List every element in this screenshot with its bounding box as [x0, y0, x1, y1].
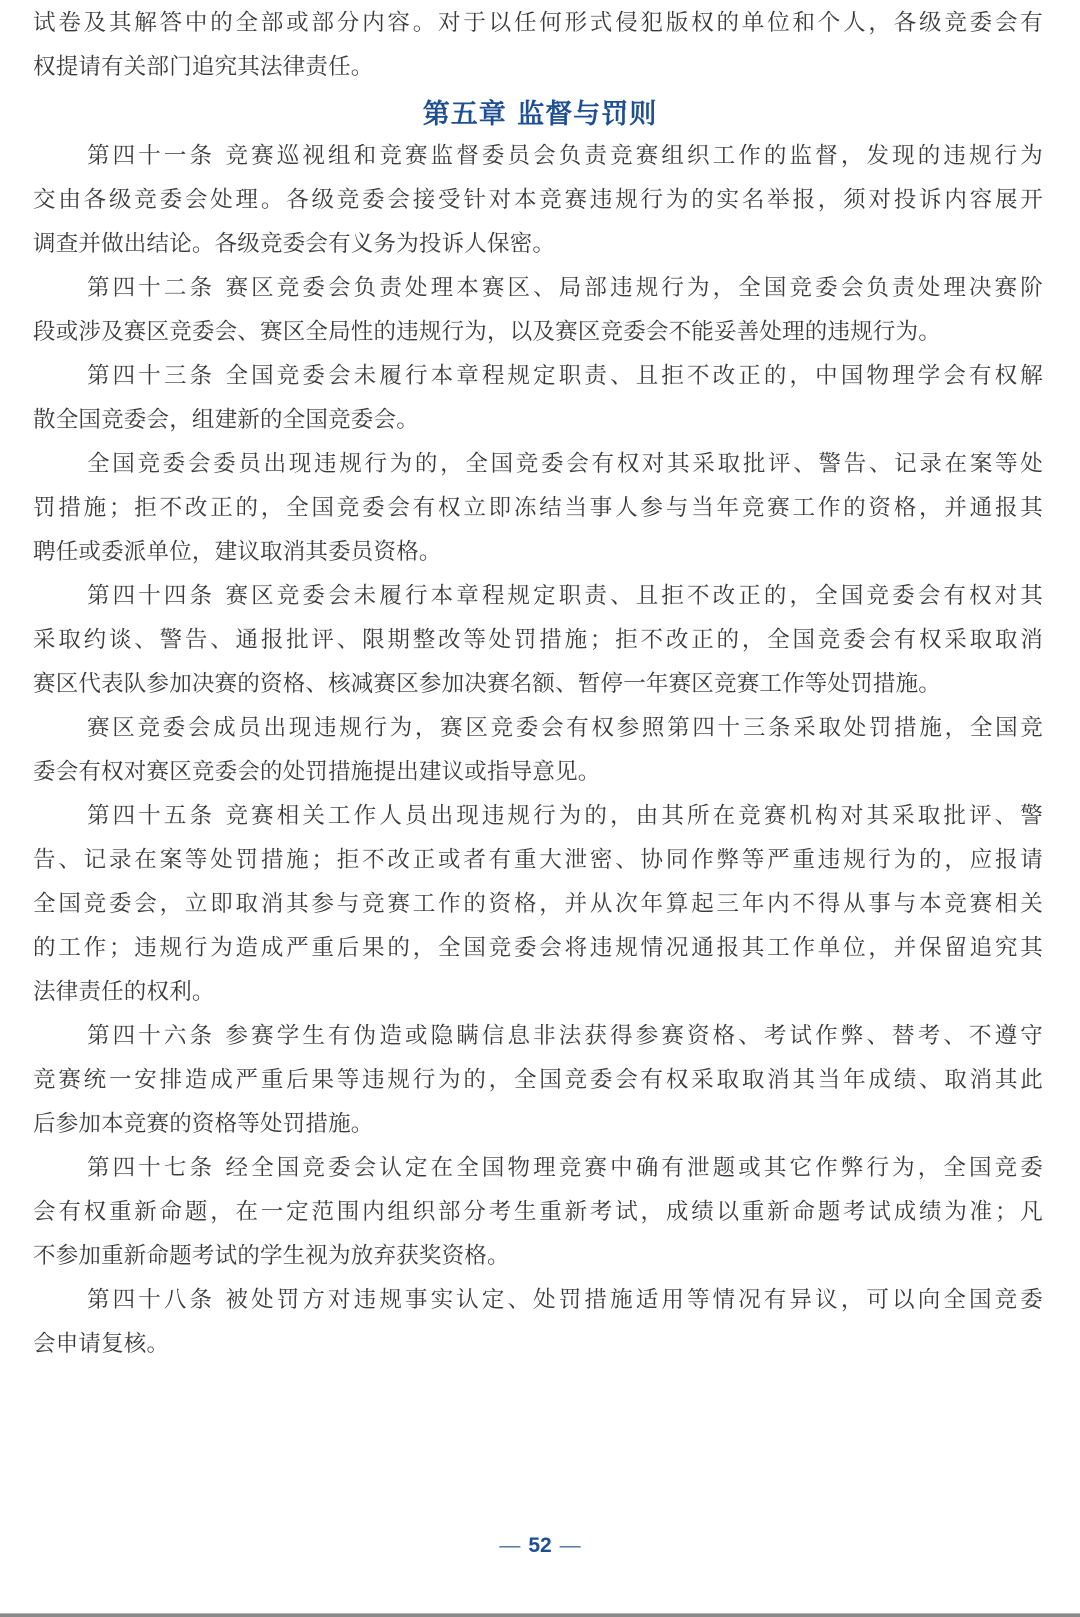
article-47-line: 不参加重新命题考试的学生视为放弃获奖资格。: [33, 1241, 1043, 1271]
article-47-line: 第四十七条 经全国竞委会认定在全国物理竞赛中确有泄题或其它作弊行为，全国竞委: [87, 1153, 1043, 1183]
dash-left: —: [499, 1534, 520, 1557]
article-46-line: 第四十六条 参赛学生有伪造或隐瞒信息非法获得参赛资格、考试作弊、替考、不遵守: [87, 1021, 1043, 1051]
article-43-line: 散全国竞委会，组建新的全国竞委会。: [33, 405, 1043, 435]
article-43-line: 第四十三条 全国竞委会未履行本章程规定职责、且拒不改正的，中国物理学会有权解: [87, 361, 1043, 391]
article-48-line: 会申请复核。: [33, 1329, 1043, 1359]
article-43-para2-line: 聘任或委派单位，建议取消其委员资格。: [33, 537, 1043, 567]
paragraph-line: 试卷及其解答中的全部或部分内容。对于以任何形式侵犯版权的单位和个人，各级竞委会有: [33, 8, 1043, 38]
page-number: —52—: [0, 1533, 1080, 1559]
bottom-divider: [0, 1613, 1080, 1617]
article-44-para2-line: 委会有权对赛区竞委会的处罚措施提出建议或指导意见。: [33, 757, 1043, 787]
article-45-line: 法律责任的权利。: [33, 977, 1043, 1007]
article-45-line: 全国竞委会，立即取消其参与竞赛工作的资格，并从次年算起三年内不得从事与本竞赛相关: [33, 889, 1043, 919]
article-45-line: 的工作；违规行为造成严重后果的，全国竞委会将违规情况通报其工作单位，并保留追究其: [33, 933, 1043, 963]
article-44-para2-line: 赛区竞委会成员出现违规行为，赛区竞委会有权参照第四十三条采取处罚措施，全国竞: [87, 713, 1043, 743]
article-41-line: 第四十一条 竞赛巡视组和竞赛监督委员会负责竞赛组织工作的监督，发现的违规行为: [87, 141, 1043, 171]
article-41-line: 交由各级竞委会处理。各级竞委会接受针对本竞赛违规行为的实名举报，须对投诉内容展开: [33, 185, 1043, 215]
article-48-line: 第四十八条 被处罚方对违规事实认定、处罚措施适用等情况有异议，可以向全国竞委: [87, 1285, 1043, 1315]
article-41-line: 调查并做出结论。各级竞委会有义务为投诉人保密。: [33, 229, 1043, 259]
dash-right: —: [560, 1534, 581, 1557]
page-number-value: 52: [528, 1534, 551, 1557]
document-page: 试卷及其解答中的全部或部分内容。对于以任何形式侵犯版权的单位和个人，各级竞委会有…: [0, 0, 1080, 1617]
article-42-line: 第四十二条 赛区竞委会负责处理本赛区、局部违规行为，全国竞委会负责处理决赛阶: [87, 273, 1043, 303]
article-45-line: 第四十五条 竞赛相关工作人员出现违规行为的，由其所在竞赛机构对其采取批评、警: [87, 801, 1043, 831]
article-44-line: 第四十四条 赛区竞委会未履行本章程规定职责、且拒不改正的，全国竞委会有权对其: [87, 581, 1043, 611]
article-46-line: 后参加本竞赛的资格等处罚措施。: [33, 1109, 1043, 1139]
article-42-line: 段或涉及赛区竞委会、赛区全局性的违规行为，以及赛区竞委会不能妥善处理的违规行为。: [33, 317, 1043, 347]
paragraph-line: 权提请有关部门追究其法律责任。: [33, 52, 1043, 82]
article-44-line: 赛区代表队参加决赛的资格、核减赛区参加决赛名额、暂停一年赛区竞赛工作等处罚措施。: [33, 669, 1043, 699]
article-44-line: 采取约谈、警告、通报批评、限期整改等处罚措施；拒不改正的，全国竞委会有权采取取消: [33, 625, 1043, 655]
article-45-line: 告、记录在案等处罚措施；拒不改正或者有重大泄密、协同作弊等严重违规行为的，应报请: [33, 845, 1043, 875]
article-43-para2-line: 罚措施；拒不改正的，全国竞委会有权立即冻结当事人参与当年竞赛工作的资格，并通报其: [33, 493, 1043, 523]
article-43-para2-line: 全国竞委会委员出现违规行为的，全国竞委会有权对其采取批评、警告、记录在案等处: [87, 449, 1043, 479]
chapter-title: 第五章 监督与罚则: [0, 97, 1080, 133]
article-47-line: 会有权重新命题，在一定范围内组织部分考生重新考试，成绩以重新命题考试成绩为准；凡: [33, 1197, 1043, 1227]
article-46-line: 竞赛统一安排造成严重后果等违规行为的，全国竞委会有权采取取消其当年成绩、取消其此: [33, 1065, 1043, 1095]
